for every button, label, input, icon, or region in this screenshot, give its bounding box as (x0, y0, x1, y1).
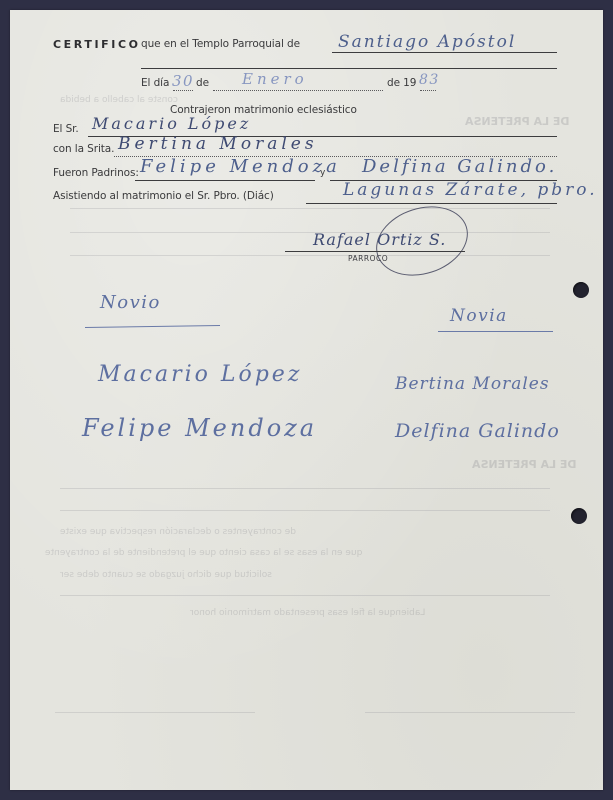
officiant-line (306, 203, 557, 204)
bleed-rule (70, 208, 550, 209)
temple-line (332, 52, 557, 53)
groom-name: Macario López (98, 362, 302, 387)
bleed-heading-middle: DE LA PRETENSA (472, 458, 577, 471)
groom-label: El Sr. (53, 123, 79, 135)
date-year-line (420, 90, 436, 91)
certificate-paper: DE LA PRETENSA conste al cabello a bebid… (10, 10, 603, 790)
officiant-value: Lagunas Zárate, pbro. (343, 180, 598, 200)
temple-value: Santiago Apóstol (338, 32, 516, 52)
date-month-label: de (196, 77, 209, 89)
bleed-rule (365, 712, 575, 713)
bride-heading-underline (438, 331, 553, 332)
intro-label: que en el Templo Parroquial de (141, 38, 300, 50)
groom-heading-underline (85, 325, 220, 328)
godmother-name: Delfina Galindo (395, 420, 560, 442)
groom-heading: Novio (100, 292, 161, 313)
bleed-heading-top: DE LA PRETENSA (465, 115, 570, 128)
date-day-label: El día (141, 77, 169, 89)
officiant-label: Asistiendo al matrimonio el Sr. Pbro. (D… (53, 190, 274, 202)
godparents-conjunction: y (320, 168, 325, 178)
godfather-value: Felipe Mendoza (140, 156, 341, 177)
temple-line-2 (141, 68, 557, 69)
certificate-title: CERTIFICO (53, 38, 141, 51)
punch-hole (573, 282, 589, 298)
bleed-rule (60, 595, 550, 596)
signature-line (285, 251, 465, 252)
godfather-line (135, 180, 315, 181)
parroco-label: PARROCO (348, 254, 388, 263)
date-month-line (213, 90, 383, 91)
date-month-value: Enero (242, 70, 308, 88)
bleed-line: de contrayentes o declaración respectiva… (60, 527, 296, 537)
date-day-value: 30 (172, 72, 194, 90)
punch-hole (571, 508, 587, 524)
bride-heading: Novia (450, 306, 508, 326)
bleed-line: conste al cabello a bebida (60, 95, 178, 105)
date-day-line (173, 90, 193, 91)
signature-value: Rafael Ortiz S. (313, 230, 446, 249)
bleed-rule (60, 510, 550, 511)
bleed-rule (55, 712, 255, 713)
godparents-label: Fueron Padrinos: (53, 167, 139, 179)
bleed-line: que en la esas se la casa ciento que el … (45, 548, 362, 558)
bleed-rule (60, 488, 550, 489)
bleed-line: solicitud que dicho juzgado se cuanto de… (60, 570, 272, 580)
bleed-rule (70, 232, 550, 233)
bride-name: Bertina Morales (395, 374, 550, 394)
date-year-value: 83 (419, 72, 440, 88)
groom-value: Macario López (92, 114, 251, 133)
bride-value: Bertina Morales (118, 134, 318, 154)
godmother-value: Delfina Galindo. (362, 156, 557, 177)
date-year-label: de 19 (387, 77, 416, 89)
bleed-rule (70, 255, 550, 256)
bleed-line: Labienque la fiel esas presentado matrim… (190, 608, 425, 618)
bride-label: con la Srita. (53, 143, 114, 155)
godfather-name: Felipe Mendoza (82, 414, 317, 442)
